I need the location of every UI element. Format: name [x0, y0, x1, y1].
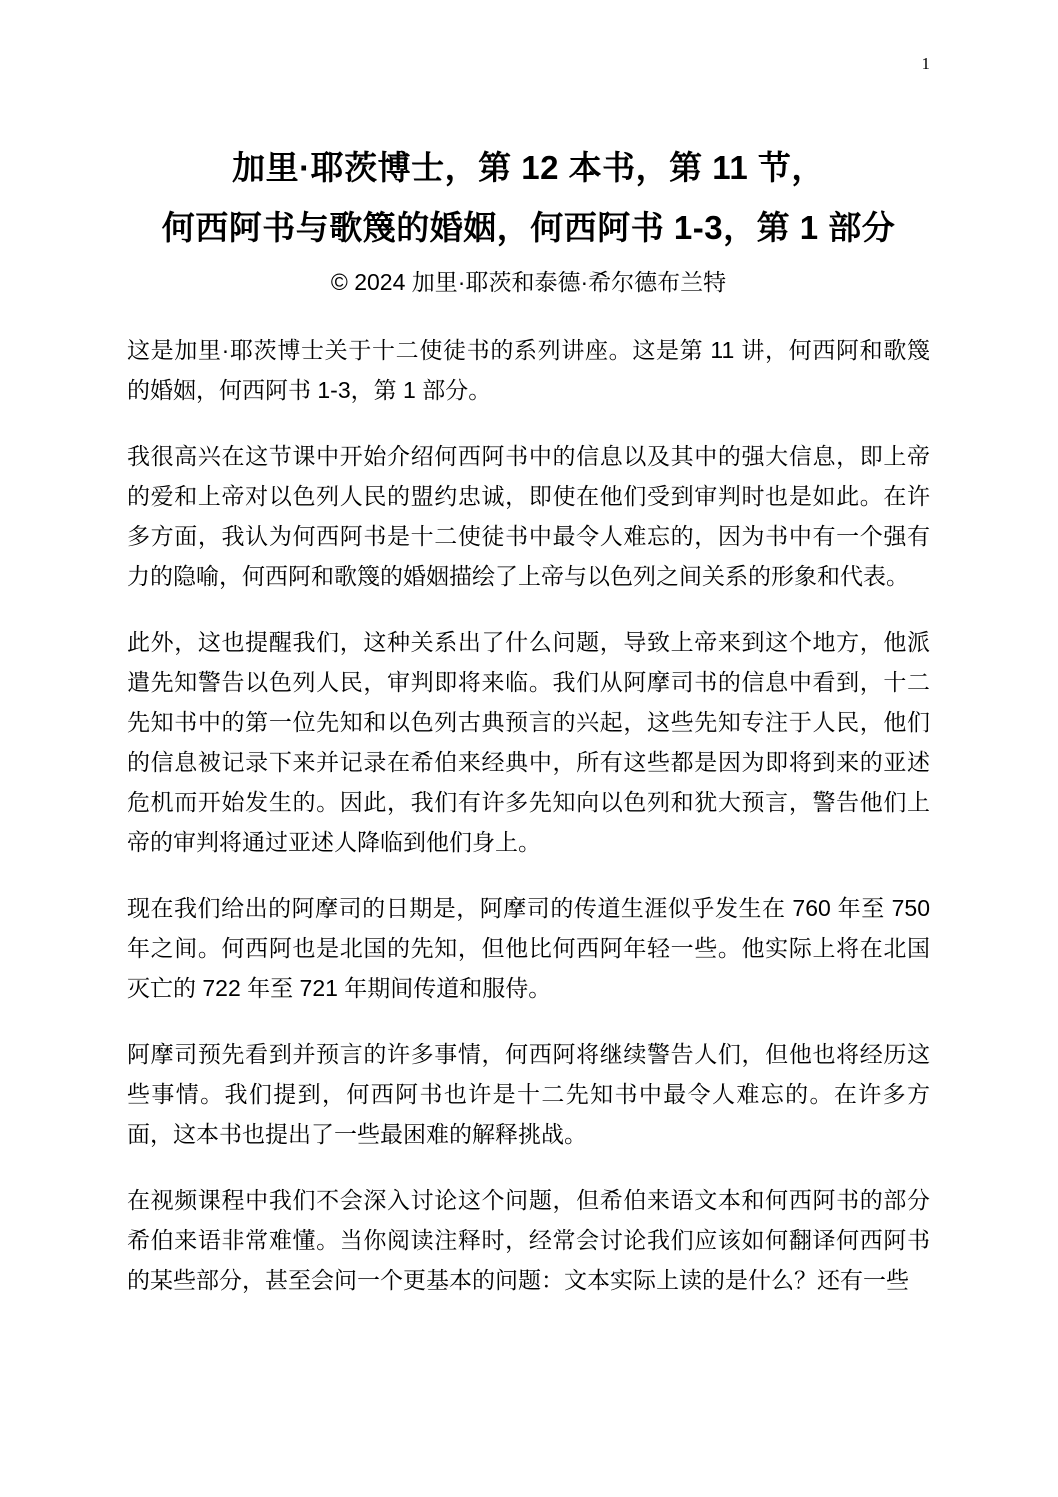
- page-number: 1: [127, 0, 930, 74]
- paragraph-1: 这是加里·耶茨博士关于十二使徒书的系列讲座。这是第 11 讲，何西阿和歌篾的婚姻…: [127, 330, 930, 410]
- copyright-line: © 2024 加里·耶茨和泰德·希尔德布兰特: [127, 262, 930, 302]
- paragraph-3: 此外，这也提醒我们，这种关系出了什么问题，导致上帝来到这个地方，他派遣先知警告以…: [127, 622, 930, 862]
- document-body: 这是加里·耶茨博士关于十二使徒书的系列讲座。这是第 11 讲，何西阿和歌篾的婚姻…: [127, 330, 930, 1300]
- document-title: 加里·耶茨博士，第 12 本书，第 11 节， 何西阿书与歌篾的婚姻，何西阿书 …: [127, 138, 930, 258]
- document-title-line-2: 何西阿书与歌篾的婚姻，何西阿书 1-3，第 1 部分: [127, 198, 930, 258]
- document-page: 1 加里·耶茨博士，第 12 本书，第 11 节， 何西阿书与歌篾的婚姻，何西阿…: [0, 0, 1058, 1497]
- paragraph-5: 阿摩司预先看到并预言的许多事情，何西阿将继续警告人们，但他也将经历这些事情。我们…: [127, 1034, 930, 1154]
- paragraph-6: 在视频课程中我们不会深入讨论这个问题，但希伯来语文本和何西阿书的部分希伯来语非常…: [127, 1180, 930, 1300]
- document-title-line-1: 加里·耶茨博士，第 12 本书，第 11 节，: [127, 138, 930, 198]
- paragraph-4: 现在我们给出的阿摩司的日期是，阿摩司的传道生涯似乎发生在 760 年至 750 …: [127, 888, 930, 1008]
- paragraph-2: 我很高兴在这节课中开始介绍何西阿书中的信息以及其中的强大信息，即上帝的爱和上帝对…: [127, 436, 930, 596]
